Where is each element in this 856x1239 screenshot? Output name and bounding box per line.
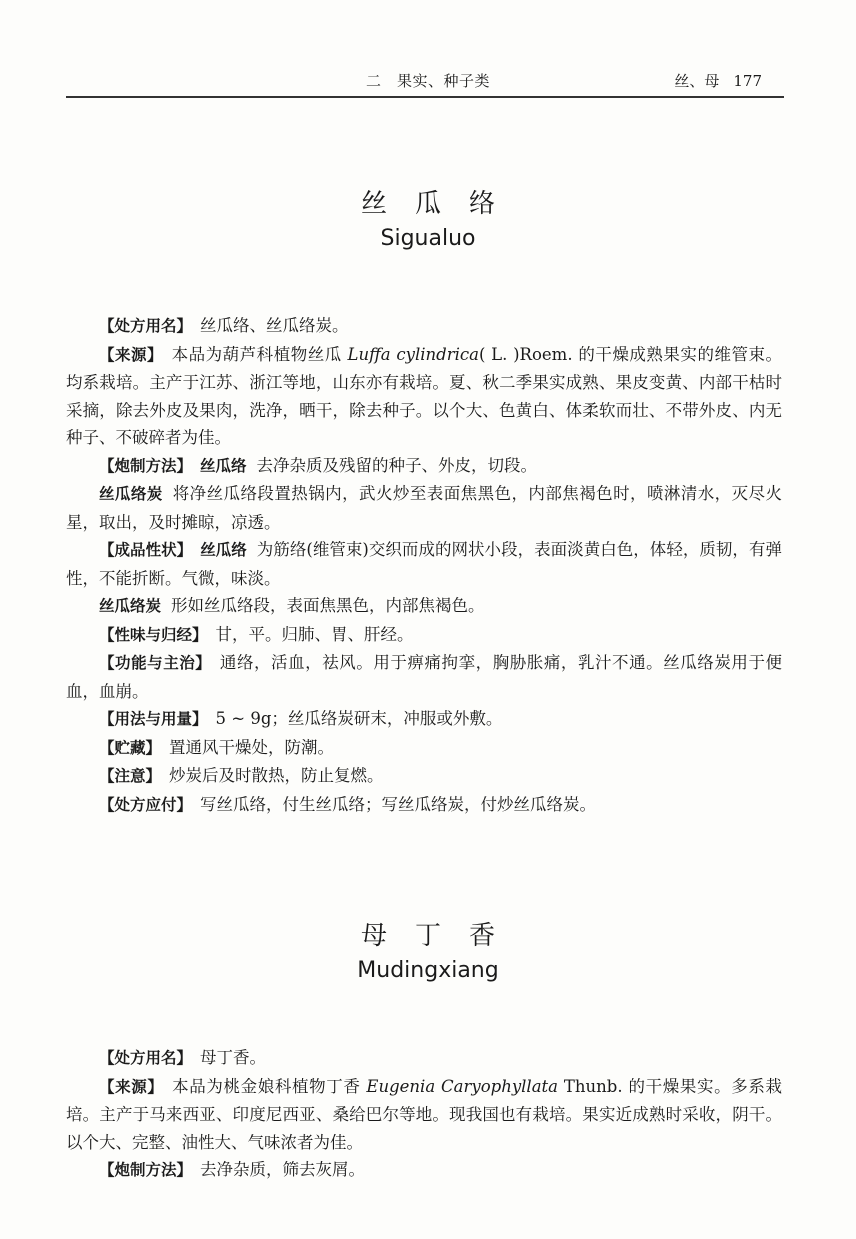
field-storage: 【贮藏】置通风干燥处，防潮。 xyxy=(66,734,782,763)
entry-body-mudingxiang: 【处方用名】母丁香。 【来源】本品为桃金娘科植物丁香 Eugenia Caryo… xyxy=(66,1044,782,1185)
field-prescription-name: 【处方用名】母丁香。 xyxy=(66,1044,782,1073)
field-source: 【来源】本品为葫芦科植物丝瓜 Luffa cylindrica( L. )Roe… xyxy=(66,341,782,452)
running-header: 二 果实、种子类 丝、母177 xyxy=(66,66,784,94)
field-dosage: 【用法与用量】5 ~ 9g；丝瓜络炭研末，冲服或外敷。 xyxy=(66,705,782,734)
field-source: 【来源】本品为桃金娘科植物丁香 Eugenia Caryophyllata Th… xyxy=(66,1073,782,1157)
entry-title-pinyin: Mudingxiang xyxy=(0,958,856,983)
field-nature: 【性味与归经】甘，平。归肺、胃、肝经。 xyxy=(66,621,782,650)
header-rule xyxy=(66,96,784,98)
field-dispensing: 【处方应付】写丝瓜络，付生丝瓜络；写丝瓜络炭，付炒丝瓜络炭。 xyxy=(66,791,782,820)
section-title: 二 果实、种子类 xyxy=(366,70,490,91)
field-processing: 【炮制方法】去净杂质，筛去灰屑。 xyxy=(66,1156,782,1185)
latin-name: Eugenia Caryophyllata xyxy=(366,1077,558,1096)
field-processing: 【炮制方法】丝瓜络去净杂质及残留的种子、外皮，切段。 xyxy=(66,452,782,481)
entry-title-cn: 丝瓜络 xyxy=(0,183,856,220)
latin-name: Luffa cylindrica xyxy=(348,345,479,364)
field-processing-charred: 丝瓜络炭将净丝瓜络段置热锅内，武火炒至表面焦黑色，内部焦褐色时，喷淋清水，灭尽火… xyxy=(66,480,782,536)
entry-title-mudingxiang: 母丁香 Mudingxiang xyxy=(0,915,856,983)
entry-title-pinyin: Sigualuo xyxy=(0,226,856,251)
field-function: 【功能与主治】通络，活血，祛风。用于痹痛拘挛，胸胁胀痛，乳汁不通。丝瓜络炭用于便… xyxy=(66,649,782,705)
field-properties: 【成品性状】丝瓜络为筋络(维管束)交织而成的网状小段，表面淡黄白色，体轻，质韧，… xyxy=(66,536,782,592)
entry-title-cn: 母丁香 xyxy=(0,915,856,952)
entry-body-sigualuo: 【处方用名】丝瓜络、丝瓜络炭。 【来源】本品为葫芦科植物丝瓜 Luffa cyl… xyxy=(66,312,782,819)
field-properties-charred: 丝瓜络炭形如丝瓜络段，表面焦黑色，内部焦褐色。 xyxy=(66,592,782,621)
field-prescription-name: 【处方用名】丝瓜络、丝瓜络炭。 xyxy=(66,312,782,341)
index-chars: 丝、母 xyxy=(674,72,719,90)
entry-title-sigualuo: 丝瓜络 Sigualuo xyxy=(0,183,856,251)
page-number: 177 xyxy=(733,72,762,90)
field-caution: 【注意】炒炭后及时散热，防止复燃。 xyxy=(66,762,782,791)
header-right: 丝、母177 xyxy=(674,70,762,91)
